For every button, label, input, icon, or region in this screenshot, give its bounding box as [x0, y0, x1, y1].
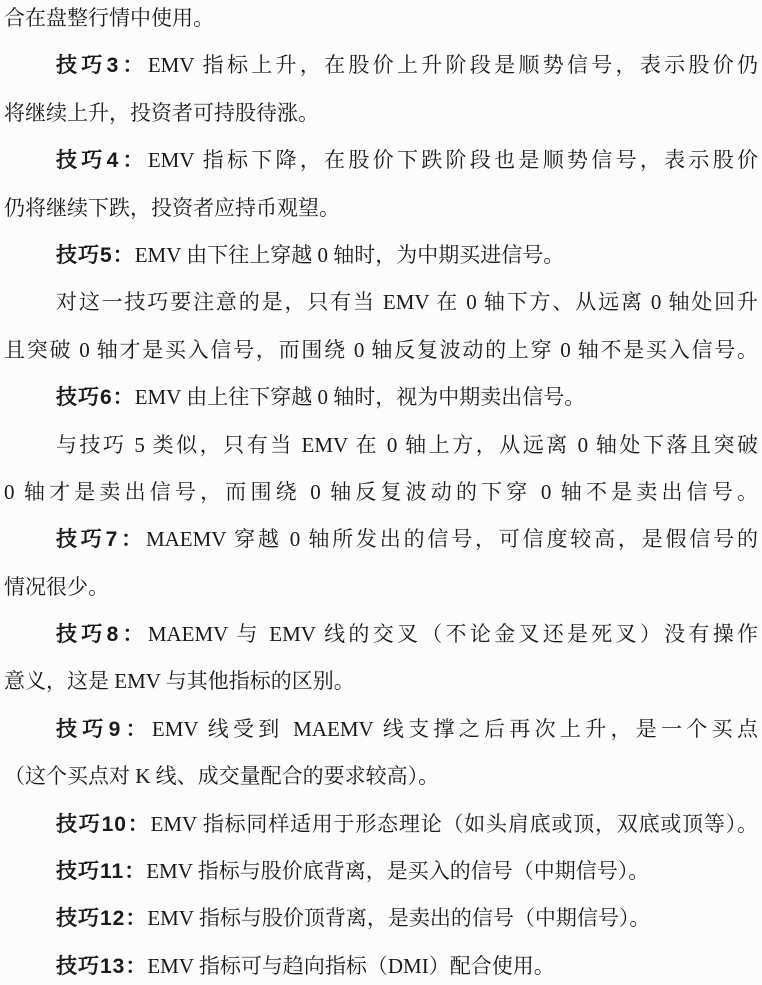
text-line: 与技巧 5 类似，只有当 EMV 在 0 轴上方，从远离 0 轴处下落且突破: [4, 422, 758, 469]
line-text: （这个买点对 K 线、成交量配合的要求较高）。: [4, 764, 439, 788]
text-line: 技巧7：MAEMV 穿越 0 轴所发出的信号，可信度较高，是假信号的: [4, 516, 758, 563]
text-line: 对这一技巧要注意的是，只有当 EMV 在 0 轴下方、从远离 0 轴处回升: [4, 279, 758, 326]
text-line: 技巧13：EMV 指标可与趋向指标（DMI）配合使用。: [4, 943, 758, 985]
text-line: 技巧4：EMV 指标下降，在股价下跌阶段也是顺势信号，表示股价: [4, 137, 758, 184]
tip-label: 技巧6：: [56, 386, 135, 409]
text-line: 且突破 0 轴才是买入信号，而围绕 0 轴反复波动的上穿 0 轴不是买入信号。: [4, 327, 758, 374]
text-line: 技巧12：EMV 指标与股价顶背离，是卖出的信号（中期信号）。: [4, 895, 758, 942]
text-line: 技巧8：MAEMV 与 EMV 线的交叉（不论金叉还是死叉）没有操作: [4, 611, 758, 658]
text-line: 技巧3：EMV 指标上升，在股价上升阶段是顺势信号，表示股价仍: [4, 42, 758, 89]
line-text: EMV 线受到 MAEMV 线支撑之后再次上升，是一个买点: [152, 717, 758, 741]
text-line: （这个买点对 K 线、成交量配合的要求较高）。: [4, 753, 758, 800]
line-text: 与技巧 5 类似，只有当 EMV 在 0 轴上方，从远离 0 轴处下落且突破: [56, 433, 758, 457]
line-text: EMV 指标可与趋向指标（DMI）配合使用。: [147, 954, 554, 978]
book-page: 合在盘整行情中使用。 技巧3：EMV 指标上升，在股价上升阶段是顺势信号，表示股…: [0, 0, 762, 980]
text-line: 技巧6：EMV 由上往下穿越 0 轴时，视为中期卖出信号。: [4, 374, 758, 421]
text-line: 意义，这是 EMV 与其他指标的区别。: [4, 658, 758, 705]
text-line: 技巧9：EMV 线受到 MAEMV 线支撑之后再次上升，是一个买点: [4, 706, 758, 753]
line-text: 将继续上升，投资者可持股待涨。: [4, 101, 319, 125]
text-line: 技巧11：EMV 指标与股价底背离，是买入的信号（中期信号）。: [4, 848, 758, 895]
text-line: 技巧10：EMV 指标同样适用于形态理论（如头肩底或顶，双底或顶等）。: [4, 801, 758, 848]
line-text: 且突破 0 轴才是买入信号，而围绕 0 轴反复波动的上穿 0 轴不是买入信号。: [4, 338, 758, 362]
line-text: MAEMV 与 EMV 线的交叉（不论金叉还是死叉）没有操作: [148, 622, 758, 646]
line-text: 对这一技巧要注意的是，只有当 EMV 在 0 轴下方、从远离 0 轴处回升: [56, 290, 758, 314]
tip-label: 技巧12：: [56, 907, 147, 930]
line-text: 情况很少。: [4, 575, 109, 599]
tip-label: 技巧10：: [56, 813, 151, 836]
line-text: 仍将继续下跌，投资者应持币观望。: [4, 196, 340, 220]
line-text: 合在盘整行情中使用。: [4, 6, 214, 30]
text-line: 仍将继续下跌，投资者应持币观望。: [4, 185, 758, 232]
tip-label: 技巧9：: [56, 718, 152, 741]
text-line: 情况很少。: [4, 564, 758, 611]
line-text: EMV 由下往上穿越 0 轴时，为中期买进信号。: [135, 243, 565, 267]
tip-label: 技巧3：: [56, 54, 148, 77]
text-line: 合在盘整行情中使用。: [4, 0, 758, 42]
tip-label: 技巧7：: [56, 528, 146, 551]
text-line: 将继续上升，投资者可持股待涨。: [4, 90, 758, 137]
tip-label: 技巧11：: [56, 860, 146, 883]
line-text: EMV 指标下降，在股价下跌阶段也是顺势信号，表示股价: [148, 148, 758, 172]
line-text: EMV 由上往下穿越 0 轴时，视为中期卖出信号。: [135, 385, 586, 409]
line-text: EMV 指标与股价底背离，是买入的信号（中期信号）。: [146, 859, 649, 883]
line-text: EMV 指标同样适用于形态理论（如头肩底或顶，双底或顶等）。: [151, 812, 758, 836]
text-line: 0 轴才是卖出信号，而围绕 0 轴反复波动的下穿 0 轴不是卖出信号。: [4, 469, 758, 516]
line-text: 0 轴才是卖出信号，而围绕 0 轴反复波动的下穿 0 轴不是卖出信号。: [4, 480, 758, 504]
line-text: EMV 指标与股价顶背离，是卖出的信号（中期信号）。: [147, 906, 650, 930]
line-text: 意义，这是 EMV 与其他指标的区别。: [4, 669, 355, 693]
line-text: EMV 指标上升，在股价上升阶段是顺势信号，表示股价仍: [148, 53, 758, 77]
line-text: MAEMV 穿越 0 轴所发出的信号，可信度较高，是假信号的: [146, 527, 758, 551]
tip-label: 技巧4：: [56, 149, 148, 172]
tip-label: 技巧5：: [56, 244, 135, 267]
tip-label: 技巧13：: [56, 955, 147, 978]
text-line: 技巧5：EMV 由下往上穿越 0 轴时，为中期买进信号。: [4, 232, 758, 279]
tip-label: 技巧8：: [56, 623, 148, 646]
